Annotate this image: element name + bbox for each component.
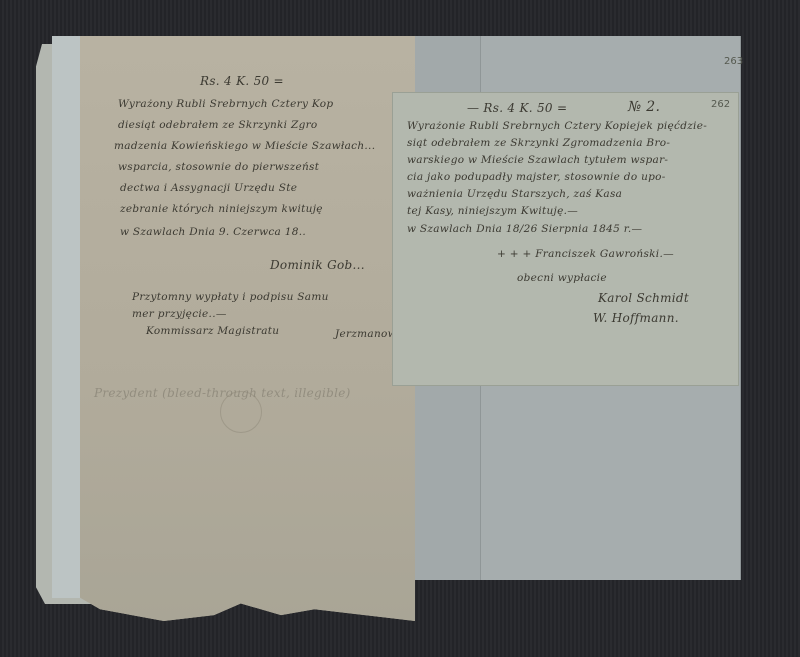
slip-line: Wyrażonie Rubli Srebrnych Cztery Kopieje…: [407, 120, 707, 132]
left-line: w Szawlach Dnia 9. Czerwca 18..: [120, 226, 306, 238]
slip-number: № 2.: [628, 99, 660, 115]
slip-line: w Szawlach Dnia 18/26 Sierpnia 1845 r.—: [407, 223, 642, 235]
slip-line: ważnienia Urzędu Starszych, zaś Kasa: [407, 188, 622, 200]
left-note-line: mer przyjęcie..—: [132, 308, 227, 320]
receipt-slip: — Rs. 4 K. 50 = № 2. 262 Wyrażonie Rubli…: [392, 92, 739, 386]
left-note-line: Kommissarz Magistratu: [146, 325, 279, 337]
bleed-through-text: Prezydent (bleed-through text, illegible…: [94, 386, 351, 400]
left-line: dectwa i Assygnacji Urzędu Ste: [120, 182, 297, 194]
left-signature: Dominik Gob...: [270, 258, 365, 272]
archive-page-number: 263: [724, 56, 743, 67]
left-page: Rs. 4 K. 50 = Wyrażony Rubli Srebrnych C…: [80, 36, 415, 621]
slip-line: siąt odebrałem ze Skrzynki Zgromadzenia …: [407, 137, 670, 149]
slip-signer: + + + Franciszek Gawroński.—: [497, 248, 674, 260]
slip-heading: — Rs. 4 K. 50 =: [467, 101, 567, 115]
slip-witness-2: W. Hoffmann.: [593, 311, 679, 325]
slip-witness-label: obecni wypłacie: [517, 272, 607, 284]
slip-witness-1: Karol Schmidt: [598, 291, 689, 305]
slip-line: warskiego w Mieście Szawlach tytułem wsp…: [407, 154, 668, 166]
slip-line: cia jako podupadły majster, stosownie do…: [407, 171, 666, 183]
left-line: wsparcia, stosownie do pierwszeńst: [118, 161, 319, 173]
faded-seal: [220, 391, 262, 433]
slip-archive-number: 262: [711, 99, 730, 110]
left-note-line: Przytomny wypłaty i podpisu Samu: [132, 291, 329, 303]
left-line: zebranie których niniejszym kwituję: [120, 203, 323, 215]
left-line: diesiąt odebrałem ze Skrzynki Zgro: [118, 119, 318, 131]
left-heading: Rs. 4 K. 50 =: [200, 74, 284, 88]
left-line: madzenia Kowieńskiego w Mieście Szawłach…: [114, 140, 375, 152]
left-line: Wyrażony Rubli Srebrnych Cztery Kop: [118, 98, 333, 110]
slip-line: tej Kasy, niniejszym Kwituję.—: [407, 205, 578, 217]
